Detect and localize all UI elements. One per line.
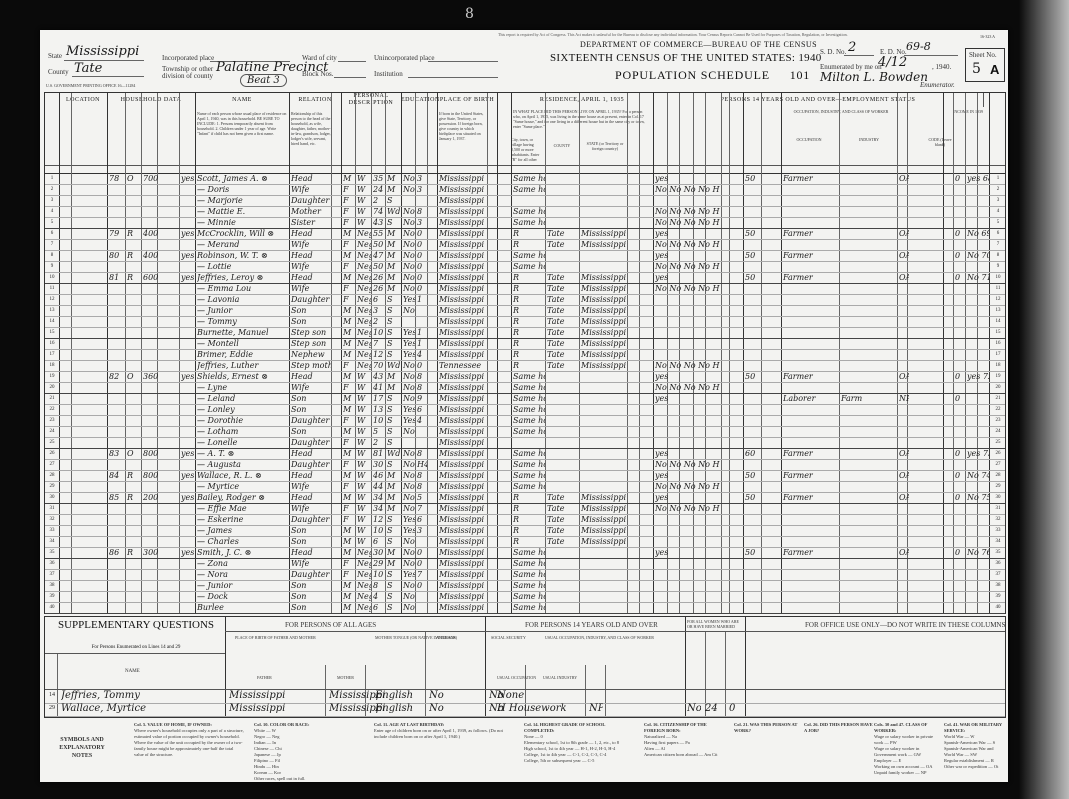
cell-class: [899, 481, 909, 492]
cell-owned: [127, 426, 141, 437]
cell-school: Yes: [403, 327, 415, 338]
cell-hours: [745, 525, 761, 536]
cell-dwelling: 86: [109, 547, 125, 558]
cell-farm-schedule: [967, 415, 989, 426]
cell-value: [143, 602, 161, 613]
cell-dwelling: [109, 514, 125, 525]
cell-residence-1935: R: [513, 305, 545, 316]
cell-school: No: [403, 536, 415, 547]
cell-occupation: [783, 327, 839, 338]
cell-county: Tate: [547, 305, 577, 316]
incorporated-place-label: Incorporated place: [162, 54, 214, 62]
note-item: Unpaid family worker — NP: [874, 770, 938, 776]
cell-name: — Minnie: [197, 217, 289, 228]
cell-birthplace: Mississippi: [439, 294, 487, 305]
cell-industry: [841, 195, 897, 206]
cell-occupation: [783, 404, 839, 415]
enumerator-label: Enumerator.: [920, 81, 955, 89]
line-number-right: 13: [991, 305, 1005, 316]
cell-state: [581, 580, 627, 591]
cell-residence-1935: Same house: [513, 602, 545, 613]
cell-relation: Step son: [291, 327, 331, 338]
cell-grade: [417, 305, 427, 316]
cell-race: W: [357, 393, 371, 404]
cell-school: No: [403, 360, 415, 371]
cell-hours: [745, 591, 761, 602]
cell-marital: M: [387, 173, 401, 184]
cell-county: [547, 415, 577, 426]
cell-farm: [181, 426, 195, 437]
line-number-right: 19: [991, 371, 1005, 382]
cell-county: [547, 404, 577, 415]
cell-grade: 0: [417, 228, 427, 239]
income-section: INCOME IN 1939: [953, 109, 983, 114]
cell-line: 17: [45, 349, 59, 360]
cell-sex: F: [343, 481, 355, 492]
cell-other-income: [955, 349, 965, 360]
cell-other-income: 0: [955, 371, 965, 382]
cell-class: [899, 217, 909, 228]
cell-class: NP: [899, 393, 909, 404]
cell-occupation: [783, 536, 839, 547]
cell-owned: [127, 503, 141, 514]
cell-name: — Marjorie: [197, 195, 289, 206]
cell-birthplace: Mississippi: [439, 514, 487, 525]
cell-value: 700: [143, 173, 161, 184]
cell-grade: 0: [417, 580, 427, 591]
cell-grade: 8: [417, 481, 427, 492]
cell-race: Neg: [357, 272, 371, 283]
cell-farm-schedule: [967, 294, 989, 305]
cell-state: [581, 382, 627, 393]
cell-at-work: yes: [655, 272, 743, 283]
cell-farm: [181, 184, 195, 195]
cell-state: [581, 404, 627, 415]
cell-grade: 8: [417, 206, 427, 217]
cell-hours: 50: [745, 547, 761, 558]
cell-school: Yes: [403, 569, 415, 580]
cell-county: [547, 250, 577, 261]
cell-relation: Wife: [291, 239, 331, 250]
cell-dwelling: 80: [109, 250, 125, 261]
cell-county: [547, 217, 577, 228]
cell-birthplace: Tennessee: [439, 360, 487, 371]
line-number-right: 4: [991, 206, 1005, 217]
cell-line: 34: [45, 536, 59, 547]
cell-state: [581, 250, 627, 261]
supplementary-title: SUPPLEMENTARY QUESTIONS: [51, 619, 221, 631]
cell-school: [403, 195, 415, 206]
cell-birthplace: Mississippi: [439, 580, 487, 591]
cell-sex: M: [343, 228, 355, 239]
cell-sex: M: [343, 448, 355, 459]
cell-county: Tate: [547, 360, 577, 371]
cell-owned: [127, 239, 141, 250]
ward-label: Ward of city: [302, 54, 337, 62]
cell-industry: [841, 294, 897, 305]
cell-grade: 4: [417, 415, 427, 426]
cell-at-work: [655, 349, 743, 360]
cell-farm: [181, 481, 195, 492]
col14-note: Col. 14. HIGHEST GRADE OF SCHOOL COMPLET…: [524, 722, 634, 764]
cell-dwelling: [109, 415, 125, 426]
cell-age: 10: [373, 327, 385, 338]
cell-race: W: [357, 481, 371, 492]
cell-industry: [841, 547, 897, 558]
line-number-right: 29: [991, 481, 1005, 492]
section-birthplace: PLACE OF BIRTH: [437, 93, 498, 107]
cell-grade: 1: [417, 338, 427, 349]
cell-farm: [181, 239, 195, 250]
cell-owned: [127, 195, 141, 206]
cell-line: 29: [45, 481, 59, 492]
cell-birthplace: Mississippi: [439, 547, 487, 558]
cell-relation: Head: [291, 547, 331, 558]
cell-race: W: [357, 437, 371, 448]
cell-other-income: 0: [955, 272, 965, 283]
cell-state: Mississippi: [581, 525, 627, 536]
cell-farm-schedule: [967, 459, 989, 470]
cell-sex: M: [343, 327, 355, 338]
cell-occupation: [783, 525, 839, 536]
cell-state: Mississippi: [581, 316, 627, 327]
cell-race: W: [357, 470, 371, 481]
cell-birthplace: Mississippi: [439, 503, 487, 514]
cell-name: — Junior: [197, 580, 289, 591]
line-number-right: 3: [991, 195, 1005, 206]
cell-grade: H4: [417, 459, 427, 470]
cell-farm: [181, 382, 195, 393]
cell-dwelling: [109, 525, 125, 536]
cell-residence-1935: R: [513, 349, 545, 360]
cell-line: 2: [45, 184, 59, 195]
cell-school: No: [403, 481, 415, 492]
cell-relation: Daughter: [291, 195, 331, 206]
cell-hours: [745, 349, 761, 360]
cell-state: [581, 459, 627, 470]
cell-class: [899, 327, 909, 338]
line-number-right: 6: [991, 228, 1005, 239]
supp-cell-father: Mississippi: [229, 703, 321, 714]
cell-at-work: No No No No H: [655, 382, 743, 393]
cell-grade: 0: [417, 547, 427, 558]
cell-line: 10: [45, 272, 59, 283]
birth-instructions: If born in the United States, give State…: [439, 111, 487, 163]
cell-occupation: [783, 415, 839, 426]
cell-occupation: Farmer: [783, 228, 839, 239]
cell-farm: [181, 283, 195, 294]
cell-race: W: [357, 448, 371, 459]
cell-farm: yes: [181, 448, 195, 459]
cell-farm: yes: [181, 173, 195, 184]
cell-sex: M: [343, 305, 355, 316]
line-number-right: 24: [991, 426, 1005, 437]
cell-age: 30: [373, 547, 385, 558]
cell-sex: F: [343, 503, 355, 514]
cell-relation: Head: [291, 228, 331, 239]
cell-age: 26: [373, 283, 385, 294]
cell-at-work: [655, 602, 743, 613]
cell-sex: M: [343, 250, 355, 261]
cell-name: Burlee: [197, 602, 289, 613]
cell-relation: Daughter: [291, 514, 331, 525]
cell-hours: [745, 261, 761, 272]
cell-age: 5: [373, 426, 385, 437]
cell-school: No: [403, 580, 415, 591]
state-value: Mississippi: [66, 44, 139, 59]
line-number-right: 31: [991, 503, 1005, 514]
cell-value: 400: [143, 228, 161, 239]
cell-at-work: No No No No H: [655, 360, 743, 371]
cell-age: 30: [373, 459, 385, 470]
cell-grade: 7: [417, 569, 427, 580]
cell-name: Wallace, R. L. ⊗: [197, 470, 289, 481]
cell-owned: [127, 536, 141, 547]
cell-residence-1935: Same house: [513, 459, 545, 470]
cell-county: [547, 206, 577, 217]
cell-owned: [127, 525, 141, 536]
cell-name: — Myrtice: [197, 481, 289, 492]
section-relation: RELATION: [289, 93, 342, 107]
cell-value: [143, 349, 161, 360]
cell-hours: [745, 415, 761, 426]
cell-birthplace: Mississippi: [439, 459, 487, 470]
cell-at-work: yes: [655, 393, 743, 404]
cell-relation: Head: [291, 448, 331, 459]
cell-farm-schedule: [967, 261, 989, 272]
cell-class: [899, 426, 909, 437]
cell-residence-1935: Same house: [513, 217, 545, 228]
cell-dwelling: [109, 382, 125, 393]
cell-other-income: [955, 327, 965, 338]
cell-dwelling: [109, 602, 125, 613]
cell-industry: [841, 349, 897, 360]
cell-occupation: [783, 305, 839, 316]
township-label: Township or other division of county: [162, 66, 218, 80]
cell-industry: [841, 492, 897, 503]
cell-at-work: [655, 404, 743, 415]
line-number-right: 7: [991, 239, 1005, 250]
cell-industry: [841, 569, 897, 580]
cell-farm: [181, 360, 195, 371]
cell-school: No: [403, 184, 415, 195]
cell-line: 33: [45, 525, 59, 536]
cell-industry: [841, 338, 897, 349]
cell-farm-schedule: [967, 217, 989, 228]
cell-county: [547, 580, 577, 591]
cell-residence-1935: R: [513, 503, 545, 514]
cell-name: — Charles: [197, 536, 289, 547]
cell-grade: 3: [417, 217, 427, 228]
cell-birthplace: Mississippi: [439, 371, 487, 382]
cell-line: 40: [45, 602, 59, 613]
cell-line: 37: [45, 569, 59, 580]
cell-class: [899, 239, 909, 250]
unincorporated-label: Unincorporated place: [374, 54, 434, 62]
cell-marital: S: [387, 195, 401, 206]
cell-occupation: Farmer: [783, 470, 839, 481]
cell-owned: R: [127, 470, 141, 481]
cell-residence-1935: R: [513, 360, 545, 371]
cell-at-work: [655, 558, 743, 569]
institution-label: Institution: [374, 70, 403, 78]
cell-age: 43: [373, 217, 385, 228]
cell-birthplace: Mississippi: [439, 470, 487, 481]
note-item: Spanish-American War and World War — SW: [944, 746, 1004, 758]
cell-other-income: [955, 558, 965, 569]
cell-class: OA: [899, 250, 909, 261]
table-row: 40BurleeSonMNeg6SNoMississippiSame house…: [45, 602, 1005, 614]
cell-school: No: [403, 305, 415, 316]
cell-farm-schedule: [967, 536, 989, 547]
cell-state: [581, 558, 627, 569]
cell-at-work: No No No No H: [655, 261, 743, 272]
cell-line: 21: [45, 393, 59, 404]
cell-line: 20: [45, 382, 59, 393]
cell-farm: [181, 580, 195, 591]
column-headers: LOCATION HOUSEHOLD DATA NAME RELATION PE…: [45, 93, 1005, 174]
cell-name: — Montell: [197, 338, 289, 349]
cell-class: [899, 525, 909, 536]
cell-owned: [127, 294, 141, 305]
cell-farm-schedule: No 74: [967, 470, 989, 481]
cell-marital: S: [387, 602, 401, 613]
cell-age: 3: [373, 305, 385, 316]
cell-marital: S: [387, 536, 401, 547]
cell-age: 34: [373, 492, 385, 503]
cell-race: Neg: [357, 569, 371, 580]
cell-age: 6: [373, 536, 385, 547]
cell-grade: 0: [417, 360, 427, 371]
cell-occupation: Farmer: [783, 173, 839, 184]
cell-class: [899, 261, 909, 272]
cell-residence-1935: Same house: [513, 184, 545, 195]
cell-marital: M: [387, 470, 401, 481]
cell-race: W: [357, 184, 371, 195]
cell-county: Tate: [547, 272, 577, 283]
cell-residence-1935: R: [513, 525, 545, 536]
cell-farm-schedule: yes 68: [967, 173, 989, 184]
cell-state: Mississippi: [581, 239, 627, 250]
section-all-ages: FOR PERSONS OF ALL AGES: [285, 621, 376, 629]
cell-line: 3: [45, 195, 59, 206]
cell-dwelling: [109, 217, 125, 228]
cell-value: [143, 404, 161, 415]
cell-dwelling: 81: [109, 272, 125, 283]
line-number-right: 40: [991, 602, 1005, 613]
supp-cell-tongue: English: [375, 690, 425, 701]
note-item: Wage or salary worker in private work — …: [874, 734, 938, 746]
cell-race: W: [357, 382, 371, 393]
cell-sex: F: [343, 360, 355, 371]
cell-dwelling: [109, 591, 125, 602]
cell-sex: M: [343, 492, 355, 503]
note-item: Other war or expedition — Ot: [944, 764, 1004, 770]
cell-sex: F: [343, 382, 355, 393]
section-women: FOR ALL WOMEN WHO ARE OR HAVE BEEN MARRI…: [687, 619, 743, 629]
cell-grade: 8: [417, 382, 427, 393]
cell-class: OA: [899, 371, 909, 382]
cell-hours: [745, 195, 761, 206]
cell-marital: S: [387, 338, 401, 349]
cell-school: No: [403, 503, 415, 514]
cell-name: Shields, Ernest ⊗: [197, 371, 289, 382]
cell-value: [143, 426, 161, 437]
cell-state: [581, 437, 627, 448]
cell-birthplace: Mississippi: [439, 349, 487, 360]
cell-birthplace: Mississippi: [439, 228, 487, 239]
cell-race: W: [357, 206, 371, 217]
cell-farm: yes: [181, 470, 195, 481]
cell-residence-1935: Same house: [513, 404, 545, 415]
cell-class: [899, 349, 909, 360]
cell-class: [899, 558, 909, 569]
cell-value: [143, 382, 161, 393]
cell-hours: [745, 569, 761, 580]
cell-industry: [841, 437, 897, 448]
line-number-right: 12: [991, 294, 1005, 305]
cell-county: [547, 558, 577, 569]
cell-name: — Merand: [197, 239, 289, 250]
cell-marital: M: [387, 228, 401, 239]
cell-value: [143, 239, 161, 250]
supp-cell-children: 0: [729, 703, 743, 714]
cell-age: 74: [373, 206, 385, 217]
cell-county: [547, 184, 577, 195]
cell-sex: F: [343, 283, 355, 294]
cell-relation: Head: [291, 470, 331, 481]
cell-industry: [841, 217, 897, 228]
cell-relation: Son: [291, 602, 331, 613]
cell-farm-schedule: [967, 316, 989, 327]
cell-birthplace: Mississippi: [439, 569, 487, 580]
cell-farm: [181, 195, 195, 206]
cell-school: Yes: [403, 294, 415, 305]
cell-race: W: [357, 371, 371, 382]
cell-farm-schedule: [967, 558, 989, 569]
cell-relation: Head: [291, 272, 331, 283]
cell-owned: [127, 393, 141, 404]
cell-residence-1935: R: [513, 327, 545, 338]
col26-note: Col. 26. DID THIS PERSON HAVE A JOB?: [804, 722, 874, 734]
cell-line: 27: [45, 459, 59, 470]
cell-name: — Lotham: [197, 426, 289, 437]
cell-birthplace: Mississippi: [439, 239, 487, 250]
enumerated-year: , 1940.: [932, 63, 951, 71]
cell-state: [581, 184, 627, 195]
supp-cell-class: [589, 690, 603, 701]
cell-line: 6: [45, 228, 59, 239]
cell-relation: Wife: [291, 283, 331, 294]
cell-farm-schedule: [967, 239, 989, 250]
cell-residence-1935: Same house: [513, 470, 545, 481]
cell-line: 22: [45, 404, 59, 415]
cell-name: Jeffries, Leroy ⊗: [197, 272, 289, 283]
cell-hours: [745, 459, 761, 470]
sheet-number-box: Sheet No. 5 A: [965, 48, 1005, 82]
cell-class: [899, 195, 909, 206]
cell-relation: Son: [291, 580, 331, 591]
cell-county: Tate: [547, 492, 577, 503]
cell-county: [547, 261, 577, 272]
cell-owned: [127, 316, 141, 327]
county-value: Tate: [74, 61, 102, 76]
supp-cell-class: NP: [589, 703, 603, 714]
cell-marital: S: [387, 305, 401, 316]
cell-grade: 9: [417, 393, 427, 404]
cell-industry: [841, 239, 897, 250]
cell-owned: O: [127, 448, 141, 459]
